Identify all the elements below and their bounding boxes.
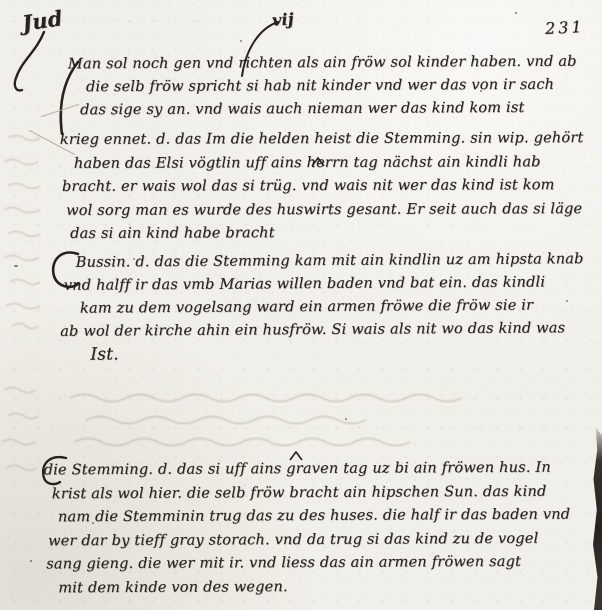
manuscript-line: Man sol noch gen vnd richten als ain frö…: [68, 51, 577, 77]
page-edge-shadow: [592, 428, 602, 610]
bleed-through-ink: [66, 388, 516, 454]
initial-swash: [48, 56, 88, 140]
manuscript-line: sang gieng. die wer mit ir. vnd liess da…: [46, 551, 570, 577]
paragraph-testimony-1: krieg ennet. d. das Im die helden heist …: [60, 127, 584, 246]
paragraph-testimony-3: die Stemming. d. das si uff ains graven …: [40, 457, 571, 601]
manuscript-line: nam die Stemminin trug das zu des huses.…: [58, 504, 570, 530]
paper-speck: [92, 522, 94, 524]
manuscript-line: die Stemming. d. das si uff ains graven …: [44, 457, 570, 483]
manuscript-line: mit dem kinde von des wegen.: [58, 574, 570, 600]
paper-speck: [240, 40, 242, 42]
manuscript-line: bracht. er wais wol das si trüg. vnd wai…: [62, 174, 584, 199]
manuscript-line: wer dar by tieff gray storach. vnd da tr…: [48, 527, 570, 553]
manuscript-line: Ist.: [90, 340, 584, 366]
insertion-caret-icon: [310, 156, 326, 168]
paper-speck: [566, 300, 568, 302]
paper-speck: [480, 90, 482, 92]
manuscript-line: wol sorg man es wurde des huswirts gesan…: [66, 198, 584, 223]
paper-speck: [30, 560, 32, 562]
manuscript-page: Jud vij 231 Man sol noch gen vnd richten…: [0, 0, 602, 610]
paper-speck: [14, 265, 18, 267]
paper-speck: [133, 258, 135, 260]
paper-speck: [515, 12, 517, 14]
manuscript-line: die selb fröw spricht si hab nit kinder …: [86, 74, 577, 100]
initial-swash: [36, 452, 72, 488]
paper-speck: [345, 418, 347, 420]
paragraph-intro: Man sol noch gen vnd richten als ain frö…: [62, 51, 577, 123]
manuscript-line: krist als wol hier. die selb fröw bracht…: [52, 480, 570, 506]
paragraph-testimony-2: Bussin. d. das die Stemming kam mit ain …: [58, 248, 585, 367]
manuscript-line: ab wol der kirche ahin ein husfröw. Si w…: [60, 317, 584, 344]
manuscript-line: das si ain kind habe bracht: [70, 221, 584, 246]
bleed-through-ink: [2, 132, 54, 332]
folio-number: 231: [545, 17, 585, 38]
manuscript-line: krieg ennet. d. das Im die helden heist …: [60, 127, 584, 152]
manuscript-line: das sige sy an. vnd wais auch nieman wer…: [80, 97, 577, 123]
manuscript-line: haben das Elsi vögtlin uff ains herrn ta…: [74, 151, 584, 176]
